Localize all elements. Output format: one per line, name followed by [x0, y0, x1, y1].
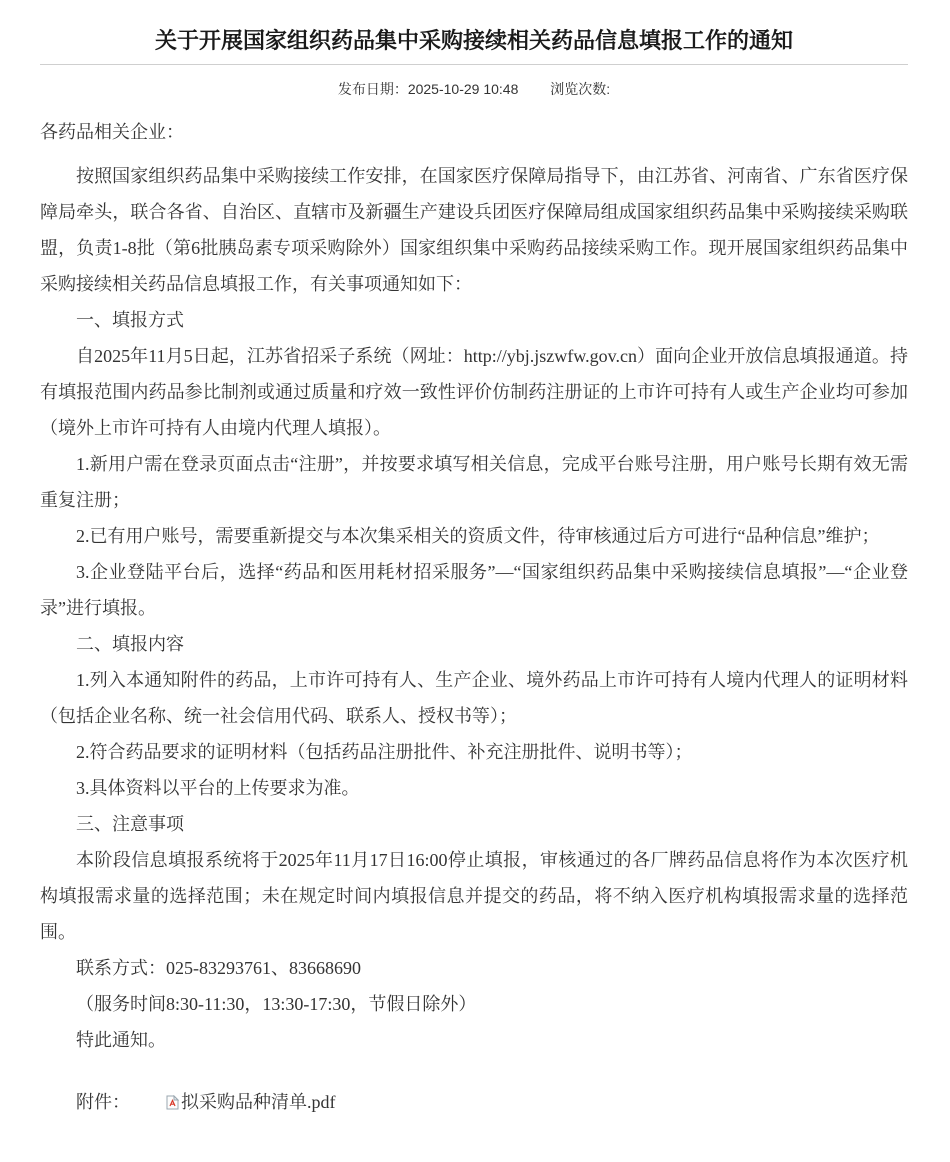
- paragraph-section1-item3: 3.企业登陆平台后，选择“药品和医用耗材招采服务”—“国家组织药品集中采购接续信…: [40, 554, 908, 626]
- paragraph-section2-item2: 2.符合药品要求的证明材料（包括药品注册批件、补充注册批件、说明书等）；: [40, 734, 908, 770]
- notice-body: 各药品相关企业： 按照国家组织药品集中采购接续工作安排，在国家医疗保障局指导下，…: [40, 114, 908, 1058]
- heading-section-2: 二、填报内容: [40, 626, 908, 662]
- paragraph-section1-item2: 2.已有用户账号，需要重新提交与本次集采相关的资质文件，待审核通过后方可进行“品…: [40, 518, 908, 554]
- page-title: 关于开展国家组织药品集中采购接续相关药品信息填报工作的通知: [40, 26, 908, 56]
- publish-date-value: 2025-10-29 10:48: [408, 81, 519, 97]
- notice-page: 关于开展国家组织药品集中采购接续相关药品信息填报工作的通知 发布日期：2025-…: [0, 0, 950, 1162]
- views-label: 浏览次数:: [550, 81, 610, 97]
- attachment-file-name: 拟采购品种清单.pdf: [181, 1092, 336, 1112]
- attachment-row: 附件： 拟采购品种清单.pdf: [40, 1084, 908, 1122]
- attachment-link[interactable]: 拟采购品种清单.pdf: [130, 1092, 336, 1112]
- heading-section-1: 一、填报方式: [40, 302, 908, 338]
- heading-section-3: 三、注意事项: [40, 806, 908, 842]
- paragraph-section1-item1: 1.新用户需在登录页面点击“注册”，并按要求填写相关信息，完成平台账号注册，用户…: [40, 446, 908, 518]
- paragraph-section1-intro: 自2025年11月5日起，江苏省招采子系统（网址：http://ybj.jszw…: [40, 338, 908, 446]
- paragraph-closing: 特此通知。: [40, 1022, 908, 1058]
- paragraph-service-hours: （服务时间8:30-11:30，13:30-17:30，节假日除外）: [40, 986, 908, 1022]
- paragraph-section2-item1: 1.列入本通知附件的药品，上市许可持有人、生产企业、境外药品上市许可持有人境内代…: [40, 662, 908, 734]
- paragraph-section3-deadline: 本阶段信息填报系统将于2025年11月17日16:00停止填报，审核通过的各厂牌…: [40, 842, 908, 950]
- paragraph-contact-phone: 联系方式：025-83293761、83668690: [40, 950, 908, 986]
- paragraph-section2-item3: 3.具体资料以平台的上传要求为准。: [40, 770, 908, 806]
- paragraph-salutation: 各药品相关企业：: [40, 114, 908, 150]
- meta-bar: 发布日期：2025-10-29 10:48 浏览次数:: [40, 81, 908, 98]
- title-divider: [40, 64, 908, 65]
- publish-date-label: 发布日期：: [338, 81, 408, 97]
- paragraph-intro: 按照国家组织药品集中采购接续工作安排，在国家医疗保障局指导下，由江苏省、河南省、…: [40, 158, 908, 302]
- attachment-label: 附件：: [76, 1092, 130, 1112]
